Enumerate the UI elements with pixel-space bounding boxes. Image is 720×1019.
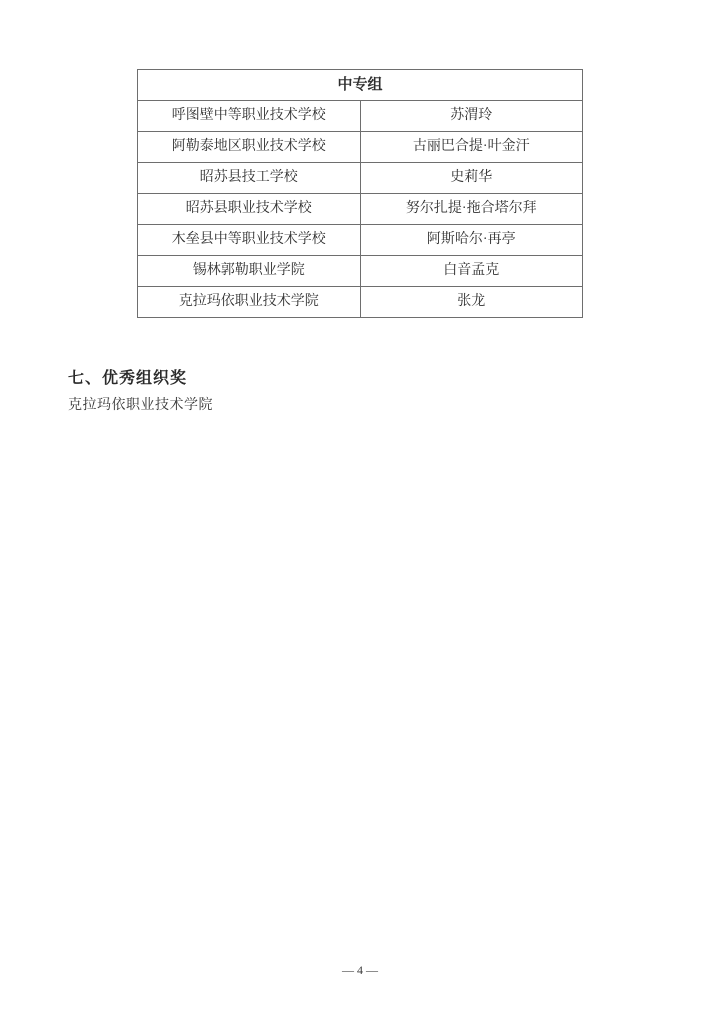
person-cell: 苏渭玲 <box>360 101 583 132</box>
person-cell: 史莉华 <box>360 163 583 194</box>
table-row: 木垒县中等职业技术学校 阿斯哈尔·再亭 <box>138 225 583 256</box>
person-cell: 阿斯哈尔·再亭 <box>360 225 583 256</box>
table-row: 克拉玛依职业技术学院 张龙 <box>138 287 583 318</box>
section-heading: 七、优秀组织奖 <box>68 365 187 388</box>
school-cell: 锡林郭勒职业学院 <box>138 256 361 287</box>
person-cell: 张龙 <box>360 287 583 318</box>
school-cell: 木垒县中等职业技术学校 <box>138 225 361 256</box>
table-row: 呼图壁中等职业技术学校 苏渭玲 <box>138 101 583 132</box>
table-group-header: 中专组 <box>138 70 583 101</box>
table-row: 阿勒泰地区职业技术学校 古丽巴合提·叶金汗 <box>138 132 583 163</box>
school-cell: 昭苏县职业技术学校 <box>138 194 361 225</box>
table-row: 锡林郭勒职业学院 白音孟克 <box>138 256 583 287</box>
person-cell: 白音孟克 <box>360 256 583 287</box>
award-table: 中专组 呼图壁中等职业技术学校 苏渭玲 阿勒泰地区职业技术学校 古丽巴合提·叶金… <box>137 69 583 318</box>
table-header-row: 中专组 <box>138 70 583 101</box>
table-row: 昭苏县职业技术学校 努尔扎提·拖合塔尔拜 <box>138 194 583 225</box>
school-cell: 呼图壁中等职业技术学校 <box>138 101 361 132</box>
page-number: — 4 — <box>0 963 720 978</box>
school-cell: 阿勒泰地区职业技术学校 <box>138 132 361 163</box>
school-cell: 昭苏县技工学校 <box>138 163 361 194</box>
person-cell: 古丽巴合提·叶金汗 <box>360 132 583 163</box>
document-page: 中专组 呼图壁中等职业技术学校 苏渭玲 阿勒泰地区职业技术学校 古丽巴合提·叶金… <box>0 0 720 1019</box>
person-cell: 努尔扎提·拖合塔尔拜 <box>360 194 583 225</box>
award-table-body: 呼图壁中等职业技术学校 苏渭玲 阿勒泰地区职业技术学校 古丽巴合提·叶金汗 昭苏… <box>138 101 583 318</box>
award-table-head: 中专组 <box>138 70 583 101</box>
school-cell: 克拉玛依职业技术学院 <box>138 287 361 318</box>
table-row: 昭苏县技工学校 史莉华 <box>138 163 583 194</box>
section-body-text: 克拉玛依职业技术学院 <box>68 394 213 414</box>
